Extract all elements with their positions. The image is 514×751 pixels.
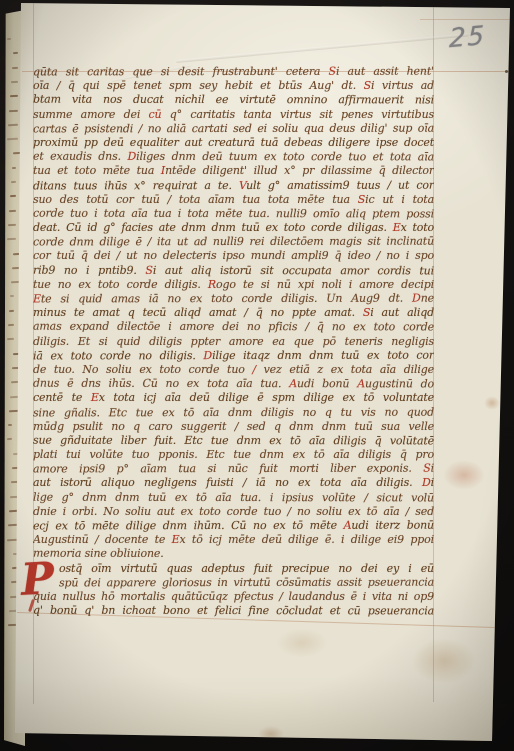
text-line: memoria sine obliuione. <box>33 547 434 562</box>
text-line: Ete si quid amas iā no ex toto corde dil… <box>33 292 434 307</box>
text-line: corde dnm dilige ē / ita ut ad nulli9 re… <box>33 235 434 250</box>
prick-mark <box>505 70 508 73</box>
text-line: cor tuū q̄ dei / ut no delecteris ipso m… <box>33 249 434 263</box>
text-line: suo des totū cor tuū / tota aīam tua tot… <box>33 193 434 207</box>
text-line: oīa / q̄ qui spē tenet spm sey hebit et … <box>33 79 434 93</box>
text-line: tua et toto mēte tua Intēde diligent' il… <box>33 164 434 178</box>
rubric-initial: P <box>20 557 55 603</box>
edge-text-fragment <box>12 567 17 569</box>
edge-text-fragment <box>8 124 18 127</box>
text-line: deat. Cū id g° facies ate dnm dnm tuū ex… <box>33 221 434 235</box>
stain <box>258 726 284 742</box>
text-line: cartas ē psistendi / no aliā cartati sed… <box>33 121 434 136</box>
stain <box>276 628 328 658</box>
text-line: ecj ex tō mēte dilige dnm ihūm. Cū no ex… <box>33 519 434 534</box>
edge-text-fragment <box>8 224 16 226</box>
edge-text-fragment <box>11 581 17 583</box>
text-line: iā ex toto corde no diligis. Dilige itaq… <box>33 348 434 363</box>
edge-text-fragment <box>9 610 17 612</box>
text-line: btam vita nos ducat nichil ee virtutē om… <box>33 93 434 108</box>
text-line: qūta sit caritas que si desit frustrabun… <box>33 65 434 80</box>
stain <box>484 396 500 410</box>
edge-text-fragment <box>8 324 14 326</box>
folio-number: 25 <box>449 20 499 55</box>
edge-text-fragment <box>13 553 17 555</box>
edge-text-fragment <box>7 238 16 240</box>
edge-text-fragment <box>10 295 14 297</box>
text-line: aut istorū aliquo negligens fuisti / iā … <box>33 476 434 490</box>
text-line: dnus ē dns ihūs. Cū no ex tota aīa tua. … <box>33 377 434 392</box>
text-line: centē te Ex tota icj aīa deū dilige ē sp… <box>33 391 434 405</box>
edge-text-fragment <box>7 38 11 40</box>
text-line: plati tui volūte tuo pponis. Etc tue dnm… <box>33 448 434 462</box>
edge-text-fragment <box>7 438 12 440</box>
edge-text-fragment <box>12 167 16 169</box>
text-line: tue no ex toto corde diligis. Rogo te si… <box>33 278 434 292</box>
text-line: ostq̄ oīm virtutū quas adeptus fuit prec… <box>33 562 434 576</box>
edge-text-fragment <box>7 338 14 340</box>
text-line: et exaudis dns. Diliges dnm deū tuum ex … <box>33 150 434 165</box>
text-line: amas expand dilectōe i amore dei no pfic… <box>33 320 434 335</box>
text-line: quia nullus hō mortalis quātūcūqz pfectu… <box>33 590 434 604</box>
edge-text-fragment <box>9 109 18 111</box>
text-line: lige g° dnm dnm tuū ex tō aīa tua. i ips… <box>33 490 434 505</box>
parchment-crease <box>176 33 469 63</box>
stain <box>412 638 476 684</box>
edge-text-fragment <box>8 624 17 626</box>
edge-text-fragment <box>10 596 17 598</box>
text-line: q' bonū q' bn ichoat bono et felici fine… <box>33 604 434 619</box>
edge-text-fragment <box>8 424 12 426</box>
text-line: mūdg psulit no q caro suggerit / sed q d… <box>33 420 434 434</box>
edge-text-fragment <box>7 138 18 141</box>
text-line: spū dei apparere gloriosus in virtutū cō… <box>33 575 434 590</box>
manuscript-photo: 25 qūta sit caritas que si desit frustra… <box>0 0 514 751</box>
edge-text-fragment <box>11 81 18 83</box>
edge-text-fragment <box>10 95 18 97</box>
edge-text-fragment <box>12 66 18 68</box>
text-line: minus te amat q tecū aliqd amat / q̄ no … <box>33 306 434 320</box>
text-line: corde tuo i tota aīa tua i tota mēte tua… <box>33 207 434 222</box>
edge-text-fragment <box>11 181 16 183</box>
text-line: de tuo. No soliu ex toto corde tuo / vez… <box>33 363 434 377</box>
edge-text-fragment <box>10 195 16 197</box>
edge-text-fragment <box>13 52 18 54</box>
text-line: sine gñalis. Etc tue ex tō aīa dnm dilig… <box>33 405 434 420</box>
text-line: dnie i orbi. No soliu aut ex toto corde … <box>33 505 434 519</box>
text-line: rib9 no i pntib9. Si aut aliq istorū sit… <box>33 263 434 278</box>
text-line: diligis. Et si quid diligis ppter amore … <box>33 335 434 349</box>
text-line: amore ipsi9 p° aīam tua si nūc fuit mort… <box>33 462 434 477</box>
text-line: sue gñduitate liber fuit. Etc tue dnm ex… <box>33 434 434 449</box>
text-line: proximū pp deū equaliter aut creaturā tu… <box>33 136 434 150</box>
text-block: qūta sit caritas que si desit frustrabun… <box>33 65 434 618</box>
text-line: summe amore dei cū q° caritatis tanta vi… <box>33 108 434 122</box>
text-line: Augustinū / docente te Ex tō icj mēte de… <box>33 533 434 547</box>
manuscript-page: 25 qūta sit caritas que si desit frustra… <box>0 0 514 751</box>
edge-text-fragment <box>9 209 16 211</box>
edge-text-fragment <box>9 310 14 312</box>
stain <box>443 460 485 490</box>
text-line: ditans tuus ihūs x° requirat a te. Vult … <box>33 178 434 193</box>
